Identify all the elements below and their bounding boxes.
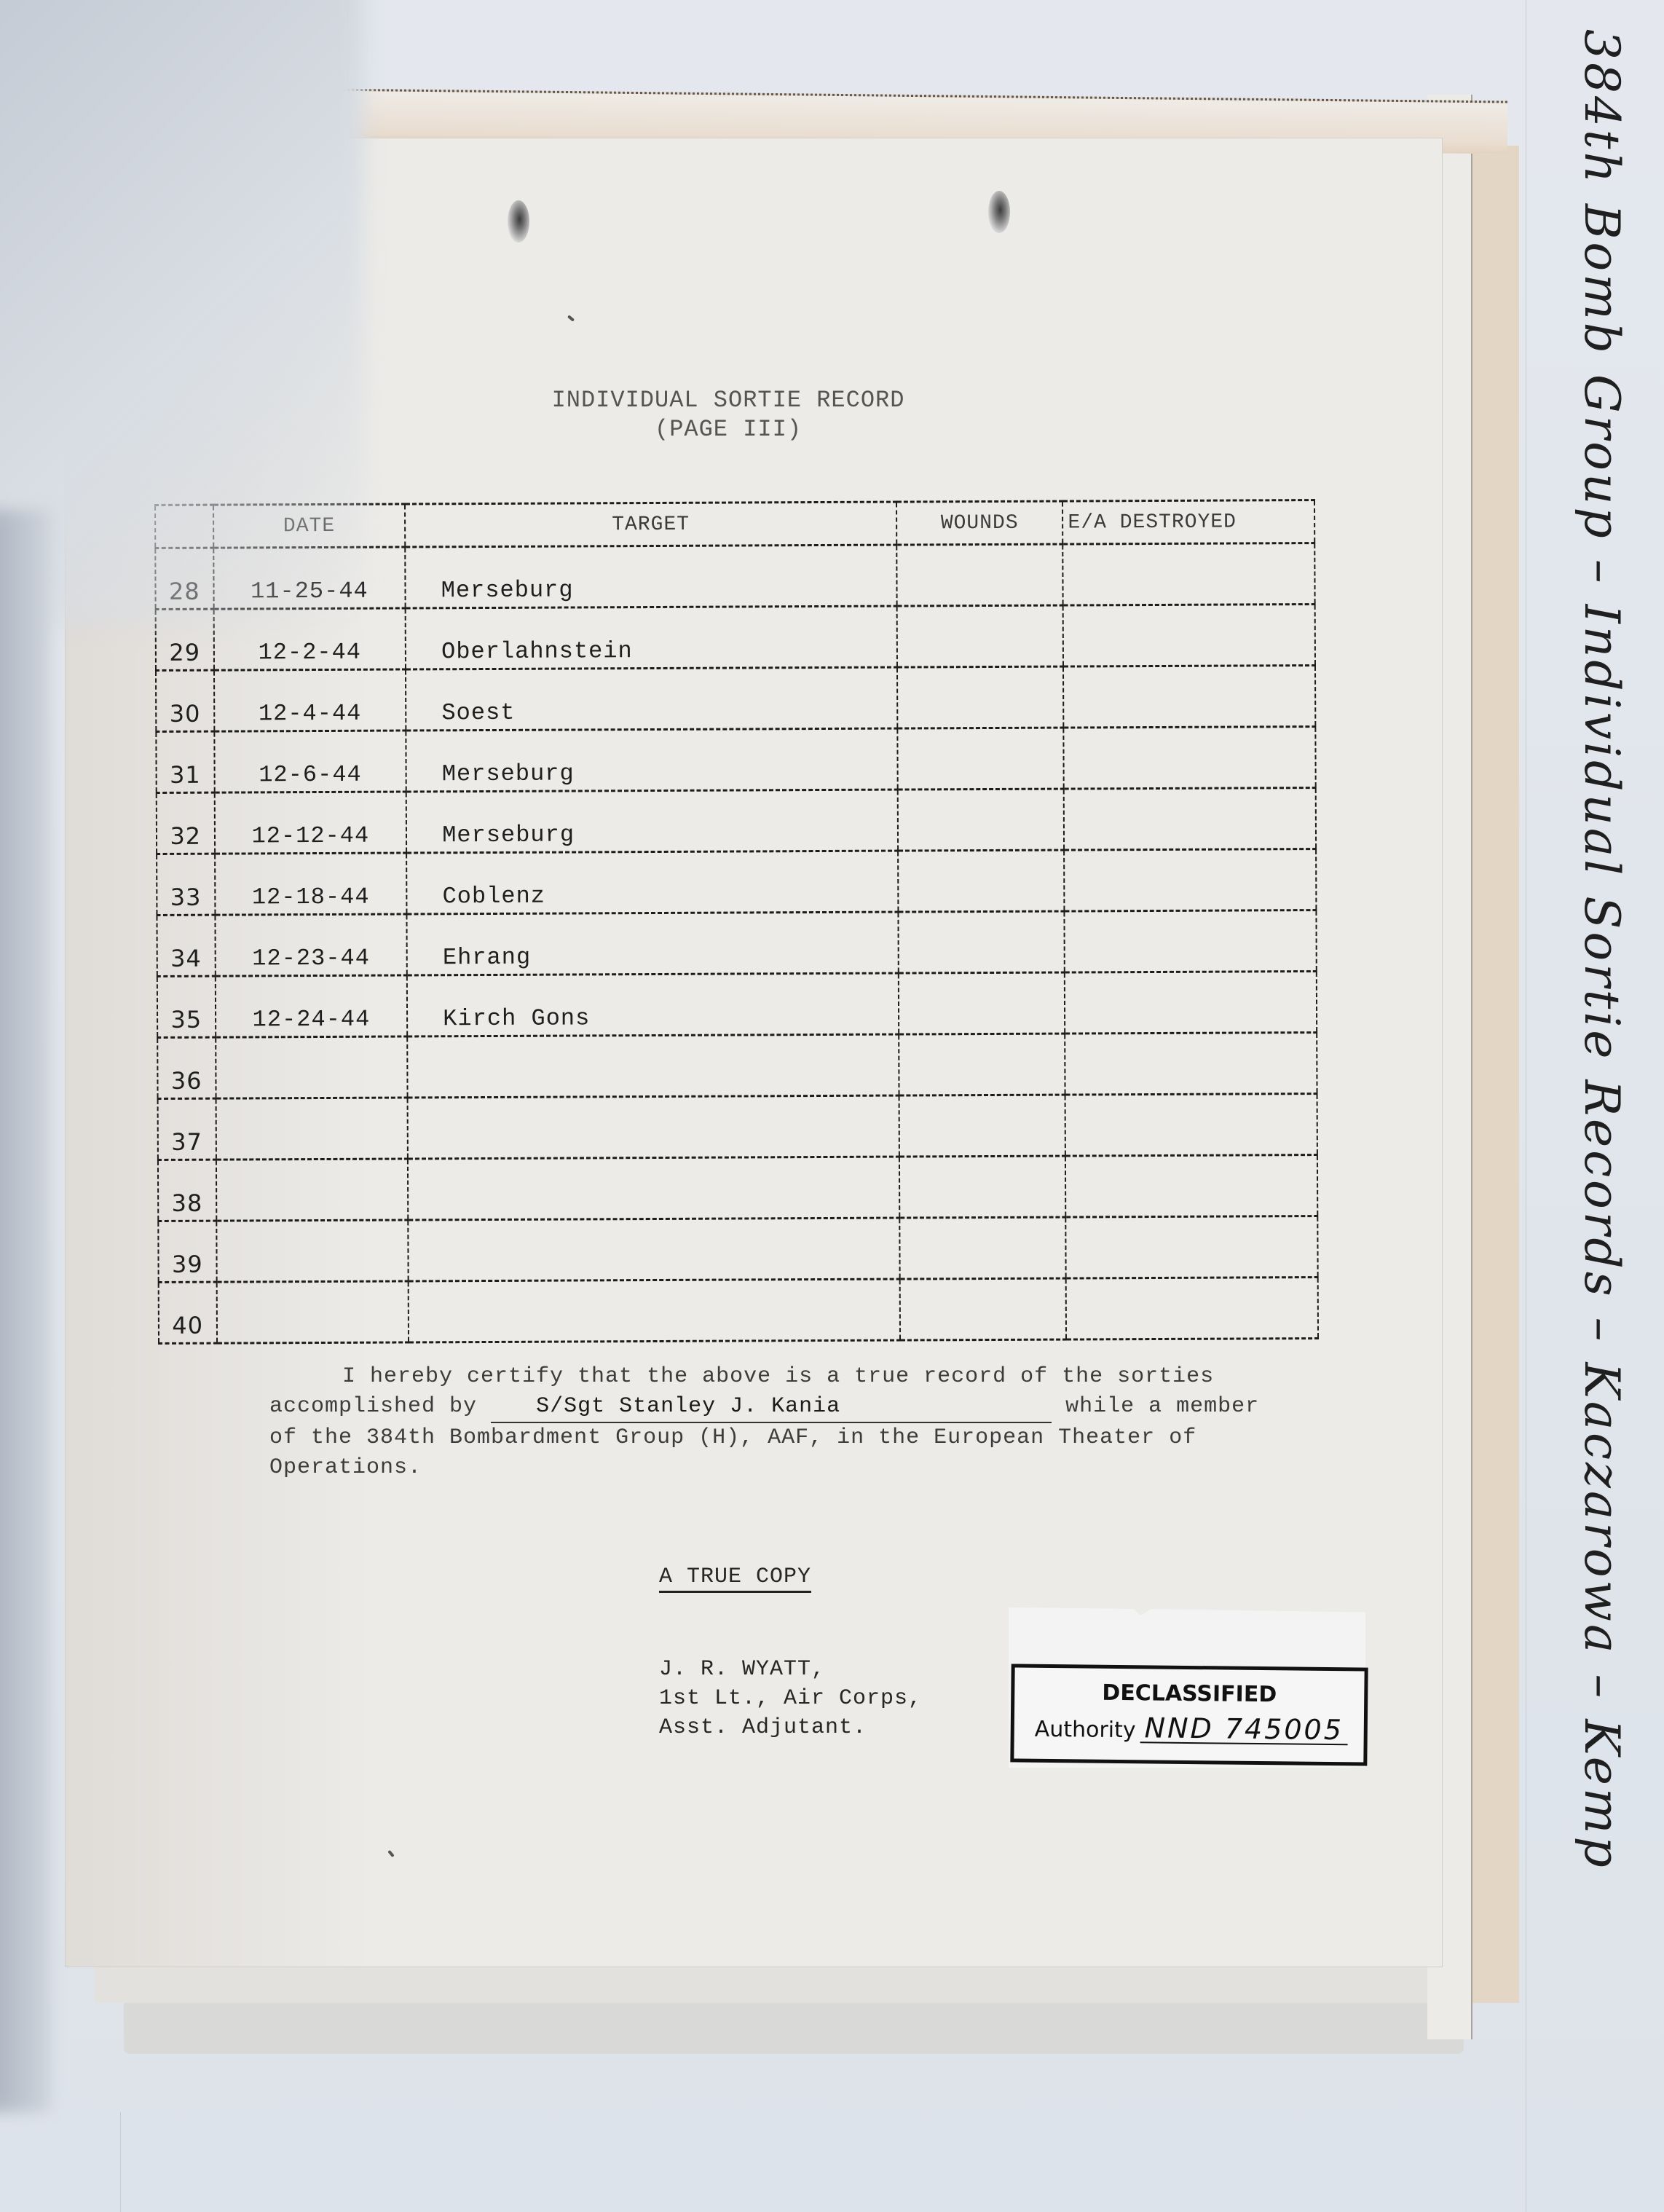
sortie-wounds <box>898 850 1065 912</box>
certification-prefix: accomplished by <box>269 1394 477 1419</box>
certification-line-4: Operations. <box>269 1453 1289 1483</box>
column-header-target: TARGET <box>405 502 896 547</box>
sortie-ea-destroyed <box>1064 788 1316 851</box>
sortie-target <box>409 1279 900 1342</box>
blurred-flipped-page <box>0 0 364 626</box>
table-row: 37 <box>158 1094 1317 1160</box>
member-name: Stanley J. Kania <box>619 1394 840 1419</box>
handwritten-margin-note: 384th Bomb Group – Individual Sortie Rec… <box>1574 29 1630 1675</box>
true-copy-label: A TRUE COPY <box>659 1564 811 1593</box>
sortie-ea-destroyed <box>1065 972 1317 1034</box>
sortie-wounds <box>899 1095 1065 1157</box>
signatory-name: J. R. WYATT, <box>659 1655 922 1684</box>
document-title: INDIVIDUAL SORTIE RECORD <box>510 386 947 415</box>
sortie-wounds <box>896 544 1063 606</box>
sortie-date <box>216 1220 409 1282</box>
sortie-ea-destroyed <box>1066 1278 1318 1340</box>
sortie-date: 12-24-44 <box>215 975 407 1037</box>
sortie-target: Merseburg <box>405 545 896 608</box>
sortie-ea-destroyed <box>1063 543 1315 606</box>
signature-block: J. R. WYATT, 1st Lt., Air Corps, Asst. A… <box>659 1655 922 1742</box>
sortie-table-body: 2811-25-44Merseburg2912-2-44Oberlahnstei… <box>155 543 1318 1344</box>
table-row: 3112-6-44Merseburg <box>156 727 1315 793</box>
sortie-wounds <box>899 972 1065 1034</box>
sortie-target: Merseburg <box>406 728 898 792</box>
sortie-date: 12-23-44 <box>215 914 407 976</box>
certification-line-1: I hereby certify that the above is a tru… <box>342 1364 1214 1389</box>
punch-hole <box>988 191 1010 233</box>
sortie-ea-destroyed <box>1064 727 1316 790</box>
sortie-date <box>216 1281 409 1343</box>
row-number: 40 <box>159 1282 217 1343</box>
sortie-target: Oberlahnstein <box>406 606 897 669</box>
sortie-wounds <box>899 1217 1066 1279</box>
authority-number: NND 745005 <box>1140 1714 1348 1745</box>
sortie-wounds <box>897 666 1064 728</box>
row-number: 39 <box>158 1221 216 1282</box>
sortie-target <box>408 1095 899 1159</box>
sortie-date <box>216 1159 408 1221</box>
sortie-date <box>216 1036 408 1098</box>
certification-line-3: of the 384th Bombardment Group (H), AAF,… <box>269 1423 1289 1453</box>
column-header-wounds: WOUNDS <box>896 501 1063 545</box>
declassified-stamp: DECLASSIFIED AuthorityNND 745005 <box>1010 1664 1368 1766</box>
sortie-ea-destroyed <box>1064 849 1316 912</box>
document-subtitle: (PAGE III) <box>510 415 947 444</box>
sortie-target: Ehrang <box>407 912 899 975</box>
sortie-ea-destroyed <box>1066 1216 1318 1279</box>
row-number: 33 <box>157 854 215 915</box>
signatory-title: Asst. Adjutant. <box>659 1713 922 1742</box>
sortie-ea-destroyed <box>1065 1094 1317 1157</box>
sortie-date: 12-18-44 <box>215 853 407 915</box>
signatory-rank: 1st Lt., Air Corps, <box>659 1684 922 1713</box>
sortie-target <box>407 1034 899 1098</box>
sortie-wounds <box>897 728 1064 790</box>
row-number: 30 <box>156 670 214 731</box>
sortie-target: Merseburg <box>406 790 898 853</box>
table-row: 3212-12-44Merseburg <box>157 788 1316 854</box>
row-number: 34 <box>157 915 215 976</box>
certification-suffix: while a member <box>1065 1394 1259 1419</box>
board-edge-line <box>120 2112 121 2212</box>
certification-paragraph: I hereby certify that the above is a tru… <box>269 1362 1289 1483</box>
sortie-date: 12-12-44 <box>214 792 406 854</box>
table-row: 36 <box>157 1033 1317 1099</box>
row-number: 36 <box>157 1037 216 1098</box>
row-number: 31 <box>156 731 214 792</box>
row-number: 37 <box>158 1098 216 1160</box>
blurred-flipped-page <box>0 510 51 2112</box>
table-row: 38 <box>158 1155 1317 1221</box>
row-number: 35 <box>157 976 216 1037</box>
punch-hole <box>508 200 529 243</box>
sortie-wounds <box>896 605 1063 667</box>
sortie-wounds <box>899 1034 1065 1095</box>
sortie-date: 12-6-44 <box>214 731 406 792</box>
member-name-field: S/Sgt Stanley J. Kania <box>491 1392 1052 1423</box>
sortie-target: Kirch Gons <box>407 973 899 1036</box>
table-row: 3312-18-44Coblenz <box>157 849 1316 916</box>
sortie-wounds <box>899 1278 1066 1340</box>
document-header: INDIVIDUAL SORTIE RECORD (PAGE III) <box>510 386 947 444</box>
sortie-target <box>408 1218 899 1281</box>
column-header-ea-destroyed: E/A DESTROYED <box>1062 500 1314 545</box>
stamp-title: DECLASSIFIED <box>1014 1679 1364 1708</box>
sortie-ea-destroyed <box>1065 1155 1317 1218</box>
sortie-wounds <box>898 789 1065 851</box>
sortie-ea-destroyed <box>1065 1033 1317 1095</box>
board-edge-line <box>1526 0 1526 2212</box>
row-number: 32 <box>157 792 215 854</box>
sortie-ea-destroyed <box>1063 666 1315 728</box>
table-row: 3412-23-44Ehrang <box>157 910 1316 977</box>
table-row: 3512-24-44Kirch Gons <box>157 972 1317 1038</box>
sortie-date: 12-4-44 <box>214 669 406 731</box>
sortie-wounds <box>898 911 1065 973</box>
sortie-target: Soest <box>406 667 897 731</box>
table-row: 40 <box>159 1278 1318 1344</box>
table-row: 39 <box>158 1216 1317 1283</box>
sortie-ea-destroyed <box>1065 910 1317 973</box>
stamp-authority: AuthorityNND 745005 <box>1035 1713 1349 1746</box>
sortie-ea-destroyed <box>1063 605 1315 667</box>
authority-label: Authority <box>1035 1717 1136 1743</box>
sortie-target: Coblenz <box>406 851 898 914</box>
sortie-target <box>408 1157 899 1220</box>
row-number: 38 <box>158 1160 216 1221</box>
table-row: 3012-4-44Soest <box>156 666 1315 732</box>
sortie-wounds <box>899 1156 1066 1218</box>
member-rank: S/Sgt <box>491 1394 605 1419</box>
sortie-date <box>216 1098 408 1160</box>
